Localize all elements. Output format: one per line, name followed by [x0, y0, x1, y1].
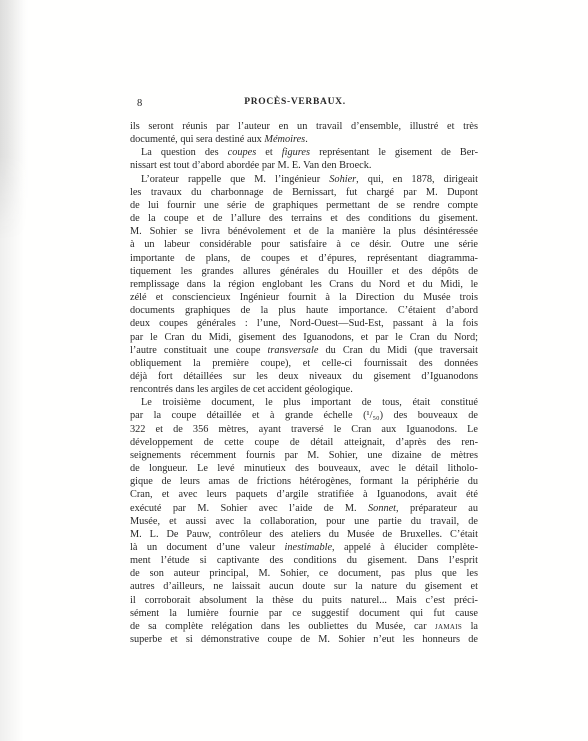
text-run: par la coupe détaillée et à grande échel… — [130, 410, 478, 421]
text-run: ment l’étude si captivante des condition… — [130, 555, 478, 566]
text-line: obliquement la première coupe), et celle… — [130, 357, 478, 370]
paragraph: L’orateur rappelle que M. l’ingénieur So… — [130, 173, 478, 397]
text-line: Le troisième document, le plus important… — [130, 396, 478, 409]
text-run: à un labeur considérable pour satisfaire… — [130, 239, 478, 250]
text-run: . — [305, 134, 308, 145]
text-run: M. L. De Pauw, contrôleur des ateliers d… — [130, 529, 478, 540]
text-run: exécuté par M. Sohier avec l’aide de M. — [130, 503, 368, 514]
text-run: et — [256, 147, 282, 158]
paragraph: La question des coupes et figures représ… — [130, 146, 478, 172]
text-run: documents graphiques de la plus haute im… — [130, 305, 478, 316]
text-run: Le troisième document, le plus important… — [141, 397, 478, 408]
text-run: , préparateur au — [396, 503, 478, 514]
text-line: deux coupes générales : l’une, Nord-Oues… — [130, 317, 478, 330]
text-run: du Cran du Midi (que traversait — [318, 345, 478, 356]
text-run: Musée, et aussi avec la collaboration, p… — [130, 516, 478, 527]
page-edge-shadow-top — [0, 0, 28, 240]
text-run: deux coupes générales : l’une, Nord-Oues… — [130, 318, 478, 329]
text-run: , qui, en 1878, dirigeait — [356, 174, 478, 185]
text-line: de la coupe et de l’allure des terrains … — [130, 212, 478, 225]
text-run: nissart est tout d’abord abordée par M. … — [130, 160, 371, 171]
text-run: rencontrés dans les argiles de cet accid… — [130, 384, 353, 395]
text-run: seignements récemment fournis par M. Soh… — [130, 450, 478, 461]
text-line: importante de plans, de coupes et d’épur… — [130, 252, 478, 265]
text-line: de son auteur principal, M. Sohier, ce d… — [130, 567, 478, 580]
small-caps-run: jamais — [435, 621, 462, 632]
text-line: zélé et consciencieux Ingénieur fournit … — [130, 291, 478, 304]
text-run: La question des — [141, 147, 228, 158]
text-run: déjà fort détaillées sur les deux niveau… — [130, 371, 478, 382]
text-run: représentant le gisement de Ber- — [310, 147, 478, 158]
text-line: documenté, qui sera destiné aux Mémoires… — [130, 133, 478, 146]
running-title: PROCÈS-VERBAUX. — [130, 97, 460, 107]
text-run: de lui fournir une série de graphiques p… — [130, 200, 478, 211]
text-line: autres d’ailleurs, ne laissait aucun dou… — [130, 580, 478, 593]
italic-run: coupes — [228, 147, 257, 158]
text-run: sément la lumière fournie par ce suggest… — [130, 608, 478, 619]
text-line: superbe et si démonstrative coupe de M. … — [130, 633, 478, 646]
italic-run: Sonnet — [368, 503, 396, 514]
text-line: déjà fort détaillées sur les deux niveau… — [130, 370, 478, 383]
text-line: sément la lumière fournie par ce suggest… — [130, 607, 478, 620]
text-run: là un document d’une valeur — [130, 542, 285, 553]
page-header: 8 PROCÈS-VERBAUX. — [130, 97, 478, 111]
text-line: développement de cette coupe de détail a… — [130, 436, 478, 449]
text-run: L’orateur rappelle que M. l’ingénieur — [141, 174, 329, 185]
text-run: , appelé à élucider complète- — [332, 542, 478, 553]
text-line: ment l’étude si captivante des condition… — [130, 554, 478, 567]
text-line: par le Cran du Midi, gisement des Iguano… — [130, 331, 478, 344]
text-run: les travaux du charbonnage de Bernissart… — [130, 187, 478, 198]
text-run: obliquement la première coupe), et celle… — [130, 358, 478, 369]
page-edge-shadow — [0, 0, 24, 741]
paragraph: ils seront réunis par l’auteur en un tra… — [130, 120, 478, 146]
text-line: de sa complète relégation dans les oubli… — [130, 620, 478, 633]
text-run: la — [462, 621, 478, 632]
italic-run: figures — [282, 147, 310, 158]
text-run: autres d’ailleurs, ne laissait aucun dou… — [130, 581, 478, 592]
text-line: l’autre constituait une coupe transversa… — [130, 344, 478, 357]
text-line: remplissage dans la région englobant les… — [130, 278, 478, 291]
scanned-page: 8 PROCÈS-VERBAUX. ils seront réunis par … — [0, 0, 588, 741]
text-line: rencontrés dans les argiles de cet accid… — [130, 383, 478, 396]
text-line: La question des coupes et figures représ… — [130, 146, 478, 159]
text-line: 322 et de 356 mètres, ayant traversé le … — [130, 423, 478, 436]
text-run: l’autre constituait une coupe — [130, 345, 267, 356]
italic-run: Sohier — [329, 174, 356, 185]
text-run: importante de plans, de coupes et d’épur… — [130, 253, 478, 264]
text-run: ils seront réunis par l’auteur en un tra… — [130, 121, 478, 132]
text-line: de longueur. Le levé minutieux des bouve… — [130, 462, 478, 475]
text-line: M. Sohier se livra bénévolement et de la… — [130, 225, 478, 238]
text-line: M. L. De Pauw, contrôleur des ateliers d… — [130, 528, 478, 541]
italic-run: transversale — [267, 345, 318, 356]
text-run: M. Sohier se livra bénévolement et de la… — [130, 226, 478, 237]
text-run: 322 et de 356 mètres, ayant traversé le … — [130, 424, 478, 435]
text-run: il corroborait absolument la thèse du pu… — [130, 595, 478, 606]
text-line: exécuté par M. Sohier avec l’aide de M. … — [130, 502, 478, 515]
italic-run: inestimable — [285, 542, 332, 553]
page-body: ils seront réunis par l’auteur en un tra… — [130, 120, 478, 646]
text-run: tiquement les grandes allures générales … — [130, 266, 478, 277]
text-line: nissart est tout d’abord abordée par M. … — [130, 159, 478, 172]
text-line: il corroborait absolument la thèse du pu… — [130, 594, 478, 607]
text-run: remplissage dans la région englobant les… — [130, 279, 478, 290]
text-line: gique de leurs amas de frictions hétérog… — [130, 475, 478, 488]
text-run: de sa complète relégation dans les oubli… — [130, 621, 435, 632]
text-run: zélé et consciencieux Ingénieur fournit … — [130, 292, 478, 303]
text-run: superbe et si démonstrative coupe de M. … — [130, 634, 478, 645]
text-line: là un document d’une valeur inestimable,… — [130, 541, 478, 554]
text-run: de la coupe et de l’allure des terrains … — [130, 213, 478, 224]
text-line: les travaux du charbonnage de Bernissart… — [130, 186, 478, 199]
text-line: tiquement les grandes allures générales … — [130, 265, 478, 278]
text-line: par la coupe détaillée et à grande échel… — [130, 409, 478, 422]
paragraph: Le troisième document, le plus important… — [130, 396, 478, 646]
text-run: documenté, qui sera destiné aux — [130, 134, 264, 145]
text-line: à un labeur considérable pour satisfaire… — [130, 238, 478, 251]
text-run: par le Cran du Midi, gisement des Iguano… — [130, 332, 478, 343]
text-line: L’orateur rappelle que M. l’ingénieur So… — [130, 173, 478, 186]
text-run: gique de leurs amas de frictions hétérog… — [130, 476, 478, 487]
text-line: ils seront réunis par l’auteur en un tra… — [130, 120, 478, 133]
text-line: seignements récemment fournis par M. Soh… — [130, 449, 478, 462]
italic-run: Mémoires — [264, 134, 305, 145]
text-run: développement de cette coupe de détail a… — [130, 437, 478, 448]
text-line: de lui fournir une série de graphiques p… — [130, 199, 478, 212]
text-line: documents graphiques de la plus haute im… — [130, 304, 478, 317]
text-line: Cran, et avec leurs paquets d’argile str… — [130, 488, 478, 501]
text-run: Cran, et avec leurs paquets d’argile str… — [130, 489, 478, 500]
text-run: de longueur. Le levé minutieux des bouve… — [130, 463, 478, 474]
text-run: de son auteur principal, M. Sohier, ce d… — [130, 568, 478, 579]
text-line: Musée, et aussi avec la collaboration, p… — [130, 515, 478, 528]
